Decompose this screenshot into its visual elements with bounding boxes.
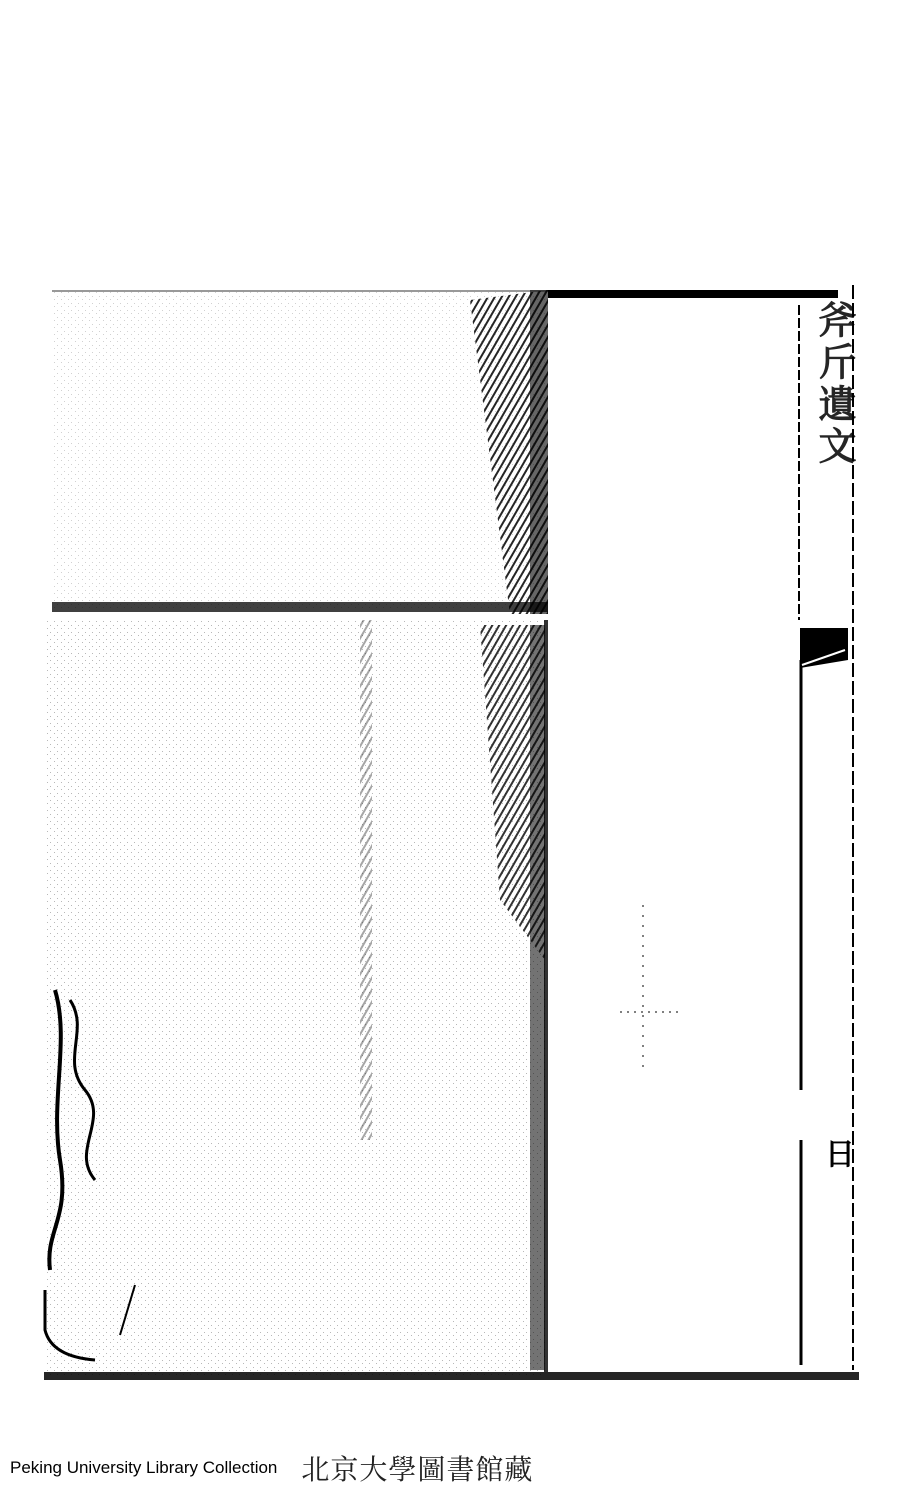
page-scan-graphic (0, 0, 900, 1494)
spine-title: 斧斤遺文 (812, 300, 856, 500)
collection-label-en: Peking University Library Collection (10, 1458, 277, 1478)
book-page-scan (0, 0, 900, 1494)
spine-lower-mark: 日 (818, 1138, 858, 1178)
collection-footer: Peking University Library Collection 北京大… (10, 1448, 533, 1488)
collection-label-zh: 北京大學圖書館藏 (301, 1448, 533, 1488)
